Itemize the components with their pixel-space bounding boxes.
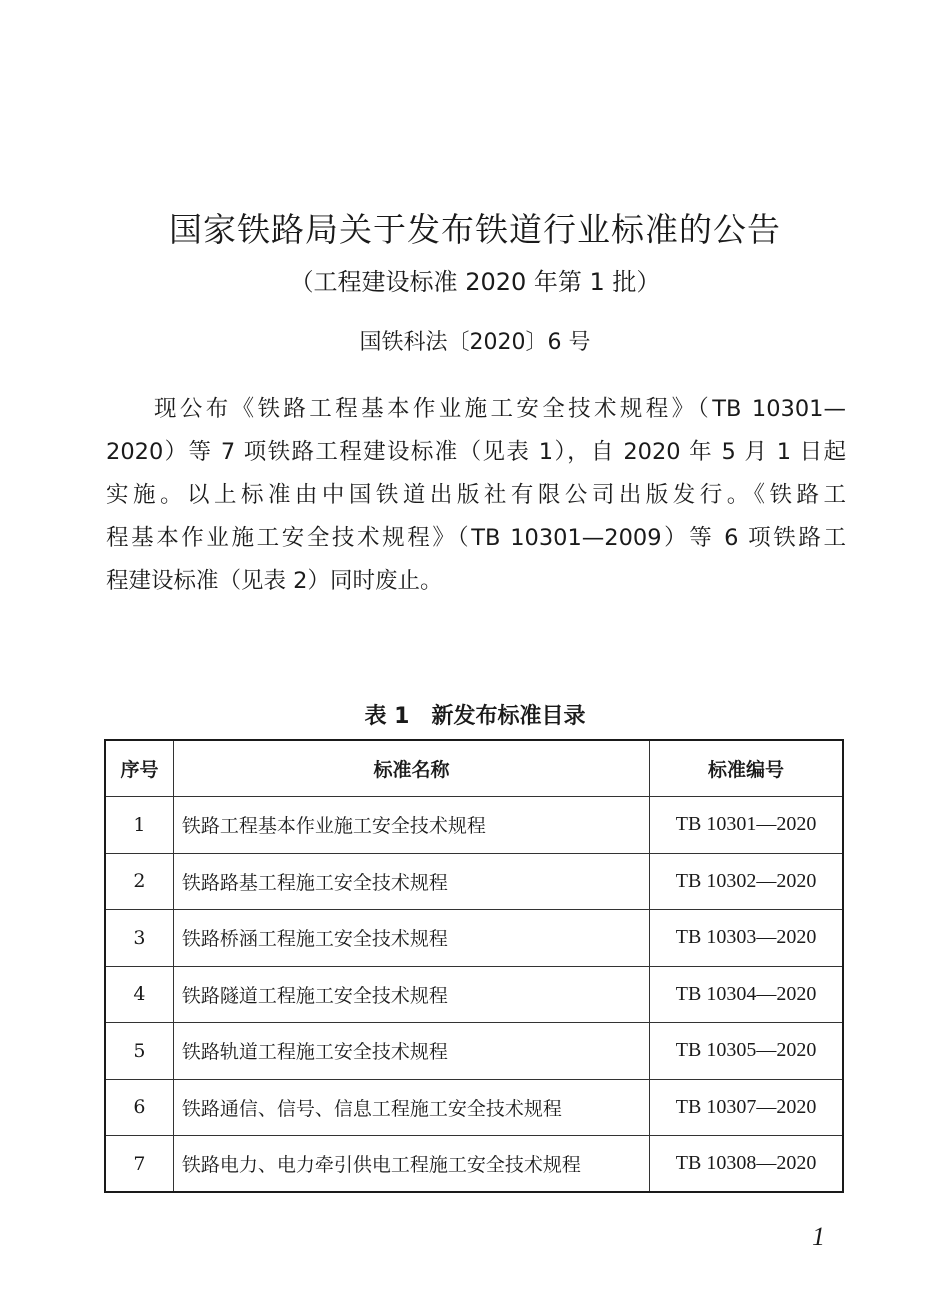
cell-name: 铁路工程基本作业施工安全技术规程 bbox=[173, 797, 649, 854]
table-row: 2 铁路路基工程施工安全技术规程 TB 10302—2020 bbox=[105, 853, 843, 910]
body-line: 实施。以上标准由中国铁道出版社有限公司出版发行。《铁路工 bbox=[106, 474, 846, 517]
announcement-body: 现公布《铁路工程基本作业施工安全技术规程》（TB 10301— 2020）等 7… bbox=[106, 388, 846, 603]
table-row: 3 铁路桥涵工程施工安全技术规程 TB 10303—2020 bbox=[105, 910, 843, 967]
table-caption: 表 1新发布标准目录 bbox=[0, 700, 950, 734]
table-row: 6 铁路通信、信号、信息工程施工安全技术规程 TB 10307—2020 bbox=[105, 1079, 843, 1136]
standards-table: 序号 标准名称 标准编号 1 铁路工程基本作业施工安全技术规程 TB 10301… bbox=[104, 739, 844, 1193]
cell-no: 4 bbox=[105, 966, 173, 1023]
body-line: 程基本作业施工安全技术规程》（TB 10301—2009）等 6 项铁路工 bbox=[106, 517, 846, 560]
table-row: 4 铁路隧道工程施工安全技术规程 TB 10304—2020 bbox=[105, 966, 843, 1023]
header-code: 标准编号 bbox=[650, 740, 843, 797]
cell-no: 3 bbox=[105, 910, 173, 967]
cell-name: 铁路通信、信号、信息工程施工安全技术规程 bbox=[173, 1079, 649, 1136]
document-page: 国家铁路局关于发布铁道行业标准的公告 （工程建设标准 2020 年第 1 批） … bbox=[0, 0, 950, 1313]
body-line: 2020）等 7 项铁路工程建设标准（见表 1），自 2020 年 5 月 1 … bbox=[106, 431, 846, 474]
header-name: 标准名称 bbox=[173, 740, 649, 797]
document-number: 国铁科法〔2020〕6 号 bbox=[0, 326, 950, 360]
cell-no: 5 bbox=[105, 1023, 173, 1080]
cell-no: 6 bbox=[105, 1079, 173, 1136]
cell-name: 铁路隧道工程施工安全技术规程 bbox=[173, 966, 649, 1023]
table-row: 5 铁路轨道工程施工安全技术规程 TB 10305—2020 bbox=[105, 1023, 843, 1080]
cell-no: 1 bbox=[105, 797, 173, 854]
table-row: 7 铁路电力、电力牵引供电工程施工安全技术规程 TB 10308—2020 bbox=[105, 1136, 843, 1193]
body-line: 现公布《铁路工程基本作业施工安全技术规程》（TB 10301— bbox=[106, 388, 846, 431]
cell-code: TB 10308—2020 bbox=[650, 1136, 843, 1193]
table-caption-label: 表 1 bbox=[365, 704, 410, 729]
cell-code: TB 10307—2020 bbox=[650, 1079, 843, 1136]
cell-no: 2 bbox=[105, 853, 173, 910]
cell-name: 铁路路基工程施工安全技术规程 bbox=[173, 853, 649, 910]
cell-name: 铁路轨道工程施工安全技术规程 bbox=[173, 1023, 649, 1080]
body-line: 程建设标准（见表 2）同时废止。 bbox=[106, 560, 846, 603]
table-caption-title: 新发布标准目录 bbox=[431, 704, 585, 729]
cell-code: TB 10303—2020 bbox=[650, 910, 843, 967]
cell-name: 铁路电力、电力牵引供电工程施工安全技术规程 bbox=[173, 1136, 649, 1193]
cell-name: 铁路桥涵工程施工安全技术规程 bbox=[173, 910, 649, 967]
header-no: 序号 bbox=[105, 740, 173, 797]
cell-code: TB 10302—2020 bbox=[650, 853, 843, 910]
table-row: 1 铁路工程基本作业施工安全技术规程 TB 10301—2020 bbox=[105, 797, 843, 854]
page-number: 1 bbox=[812, 1222, 825, 1252]
cell-no: 7 bbox=[105, 1136, 173, 1193]
cell-code: TB 10301—2020 bbox=[650, 797, 843, 854]
cell-code: TB 10305—2020 bbox=[650, 1023, 843, 1080]
announcement-subtitle: （工程建设标准 2020 年第 1 批） bbox=[0, 264, 950, 300]
announcement-title: 国家铁路局关于发布铁道行业标准的公告 bbox=[0, 207, 950, 253]
cell-code: TB 10304—2020 bbox=[650, 966, 843, 1023]
table-header-row: 序号 标准名称 标准编号 bbox=[105, 740, 843, 797]
